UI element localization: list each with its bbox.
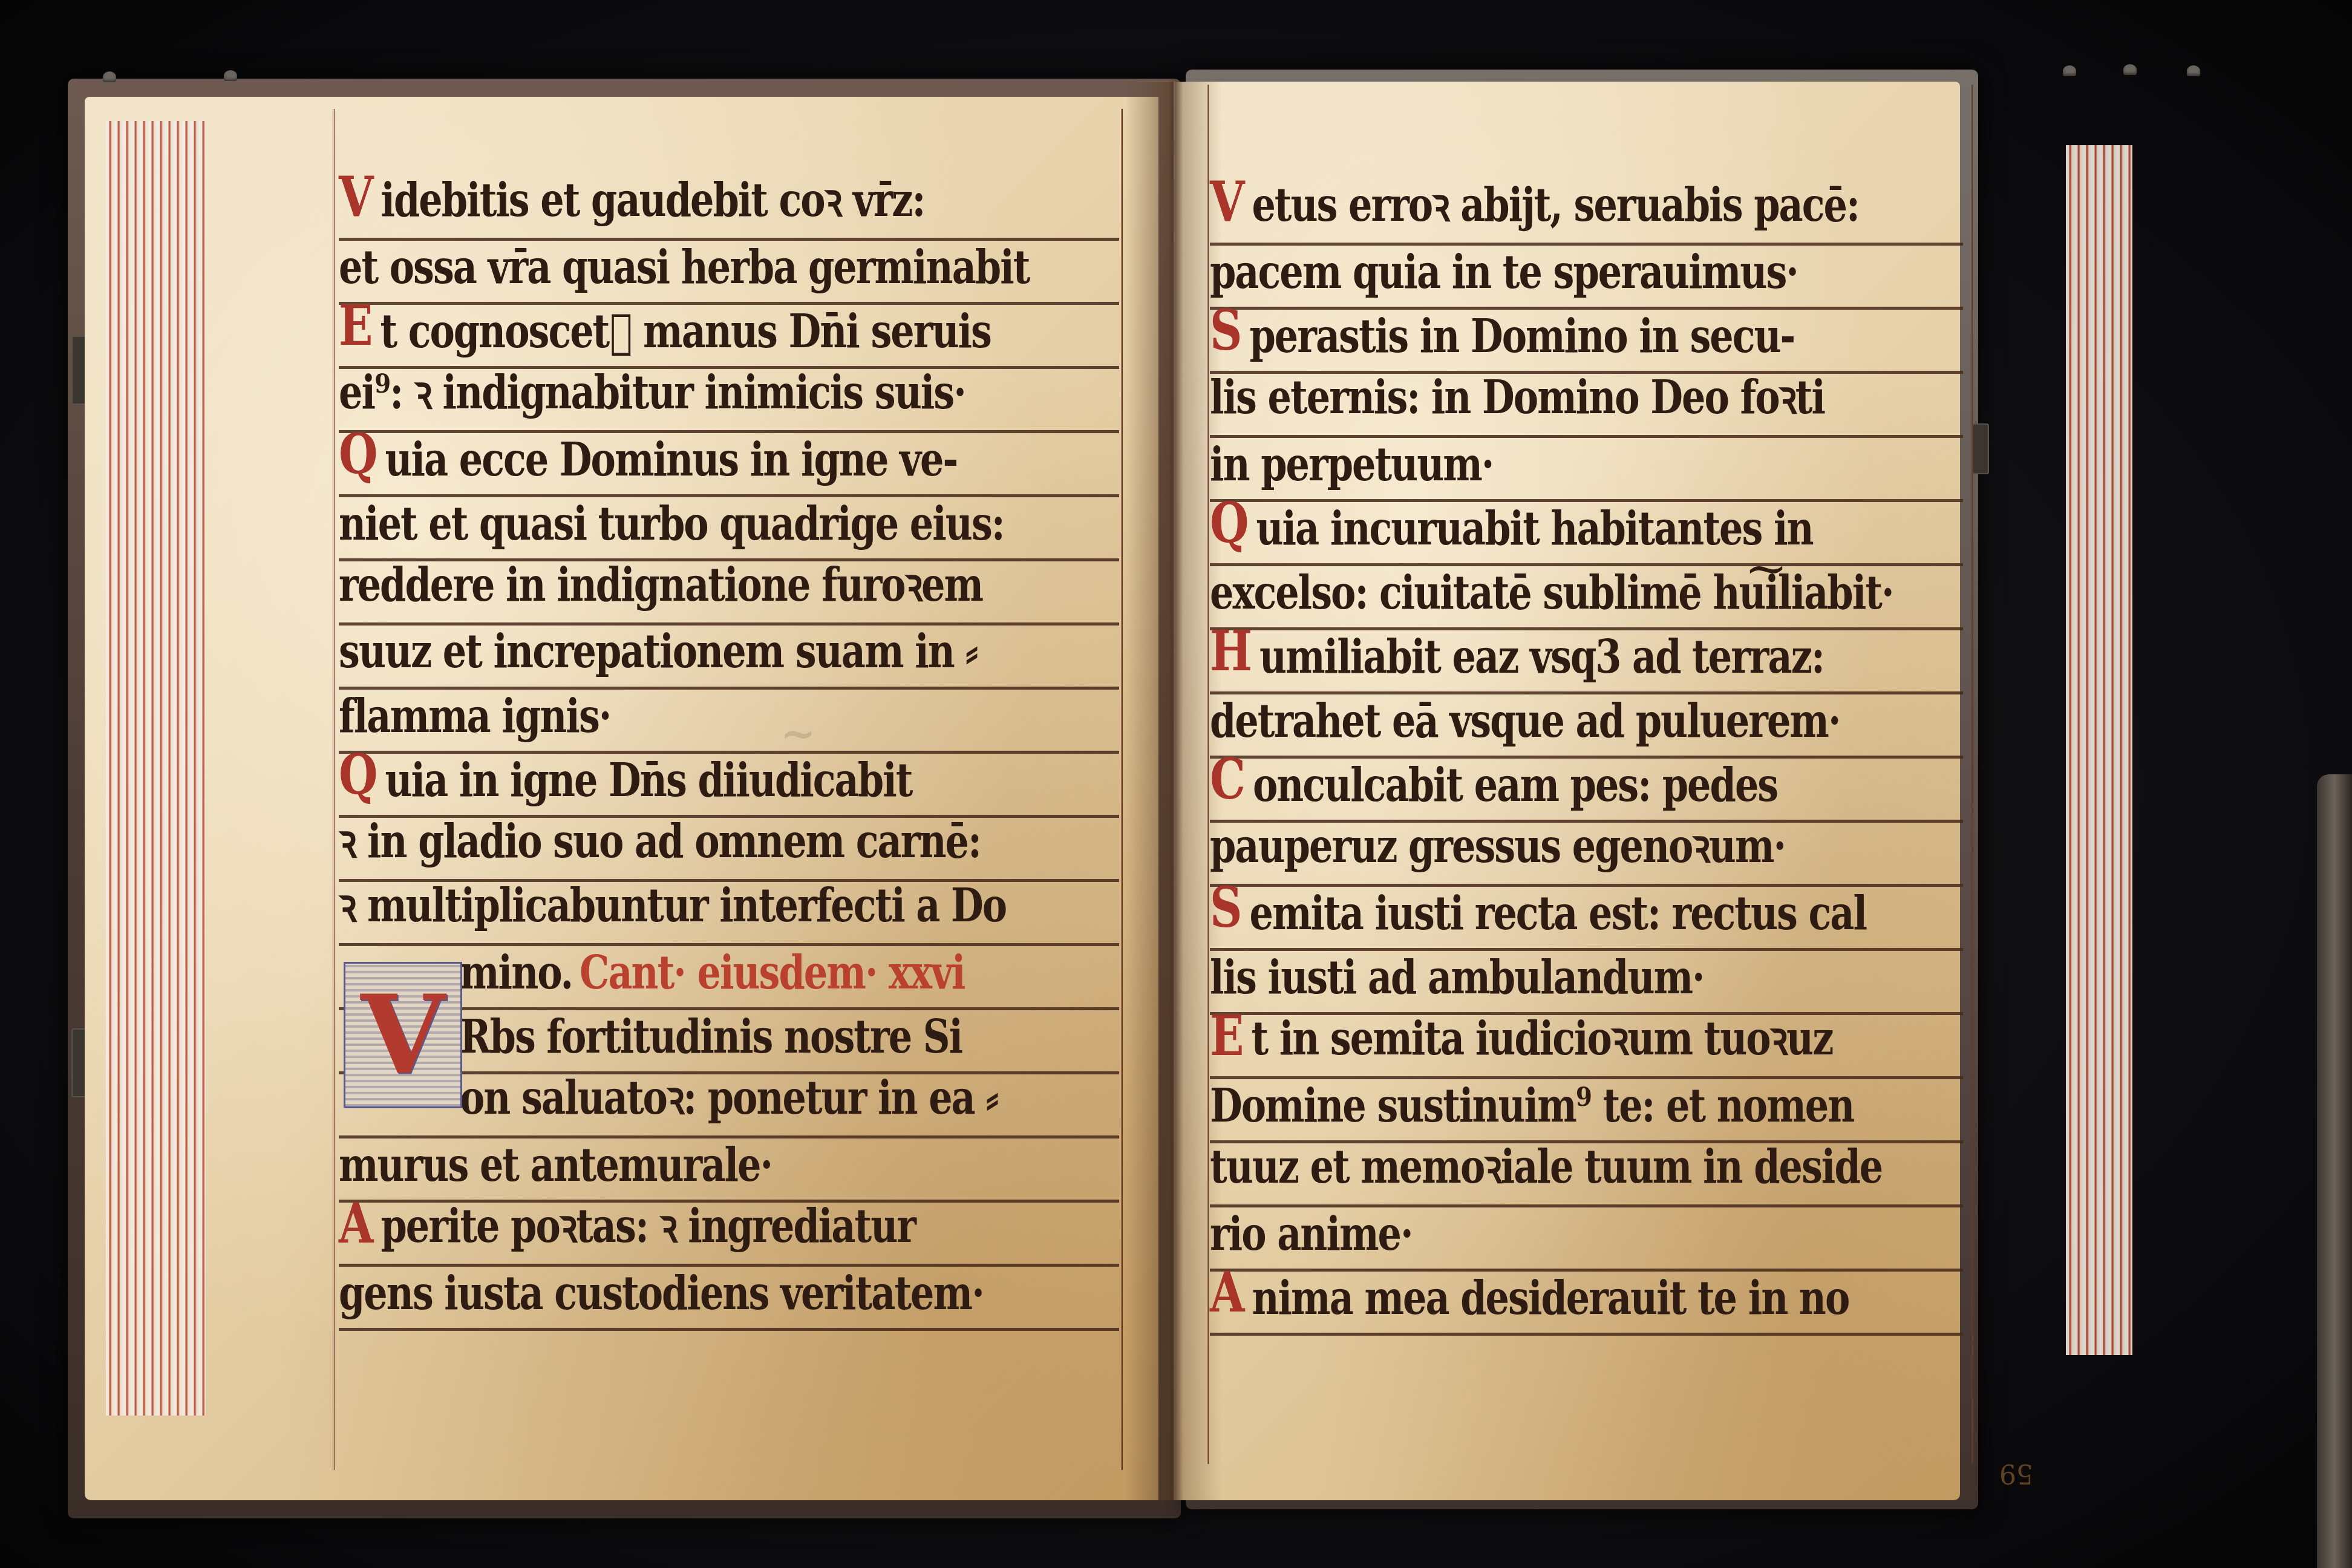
- rubric-initial: Q: [339, 742, 376, 808]
- rubric-heading: Cant· eiusdem· xxvi: [580, 944, 964, 999]
- cover-boss: [103, 71, 116, 82]
- rubric-initial: C: [1210, 747, 1244, 812]
- folio-number: 59: [1999, 1458, 2033, 1489]
- rubric-initial: Q: [1210, 491, 1247, 556]
- text-line: Anima mea desiderauit te in no: [1210, 1256, 1963, 1336]
- rubric-initial: E: [1210, 1004, 1243, 1069]
- cover-boss: [2187, 65, 2200, 76]
- illuminated-initial: V: [344, 962, 462, 1108]
- text-line: gens iusta custodiens veritatem·: [339, 1251, 1119, 1331]
- page-edges-right: [2066, 145, 2132, 1355]
- rubric-initial: A: [339, 1191, 372, 1256]
- rubric-initial: E: [339, 293, 371, 359]
- rubric-initial: S: [1210, 875, 1241, 941]
- cover-boss: [224, 70, 237, 81]
- cover-boss: [2123, 64, 2137, 75]
- rubric-initial: A: [1210, 1260, 1243, 1325]
- clasp: [1972, 423, 1989, 474]
- rubric-initial: H: [1210, 619, 1251, 684]
- left-page-text: Videbitis et gaudebit coꝛ vr̄z: et ossa …: [339, 177, 1119, 1331]
- rubric-initial: V: [1210, 170, 1243, 235]
- rubric-initial: S: [1210, 298, 1241, 364]
- page-edges-left: [106, 121, 206, 1416]
- right-page-text: Vetus erroꝛ abijt, seruabis pacē: pacem …: [1210, 181, 1963, 1336]
- rubric-initial: Q: [339, 422, 376, 487]
- rubric-initial: V: [339, 165, 372, 230]
- book-stand: [2317, 774, 2352, 1568]
- cover-boss: [2063, 65, 2076, 76]
